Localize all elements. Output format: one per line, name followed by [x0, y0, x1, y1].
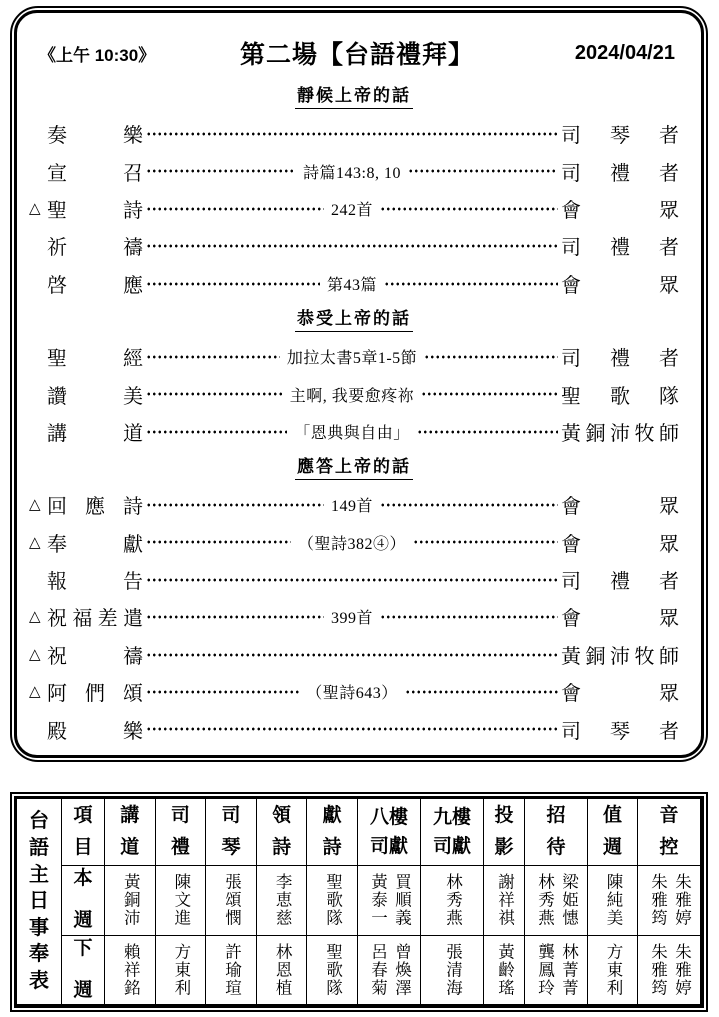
- duty-name-cell: 謝祥祺: [484, 866, 525, 936]
- duty-person-name: 陳文進: [171, 873, 190, 927]
- program-item-label: 聖經: [47, 342, 143, 371]
- duty-column-header-cell: 講道: [105, 799, 156, 866]
- program-item-label: 回應詩: [47, 490, 143, 519]
- stand-marker: △: [29, 682, 47, 701]
- program-item-label: 祈禱: [47, 231, 143, 260]
- duty-name-group: 陳文進: [171, 873, 190, 927]
- duty-name-cell: 方東利: [156, 936, 207, 1006]
- duty-person-name: 呂春菊: [368, 943, 387, 997]
- duty-column-header: 投影: [492, 800, 517, 865]
- duty-name-group: 黃銅沛: [120, 873, 139, 927]
- duty-name-cell: 張清海: [421, 936, 484, 1006]
- dotted-leader: [146, 125, 558, 143]
- duty-name-cell: 陳文進: [156, 866, 207, 936]
- program-row: 殿樂 司琴者: [29, 710, 679, 747]
- duty-name-group: 方東利: [171, 943, 190, 997]
- program-row: △ 祝禱 黃銅沛牧師: [29, 636, 679, 673]
- dotted-leader: [380, 608, 558, 626]
- duty-column-header: 八樓司獻: [364, 803, 413, 862]
- duty-name-group: 買順義黃泰一: [368, 873, 411, 927]
- dotted-leader: [421, 385, 558, 403]
- dotted-leader: [424, 348, 558, 366]
- section-heading-wrap: 應答上帝的話: [29, 452, 679, 482]
- duty-column-header: 講道: [117, 800, 142, 865]
- dotted-leader: [146, 237, 558, 255]
- duty-column-header-cell: 領詩: [257, 799, 308, 866]
- duty-name-group: 梁姫憓林秀燕: [535, 873, 578, 927]
- duty-column-header-cell: 投影: [484, 799, 525, 866]
- duty-person-name: 張頌憫: [222, 873, 241, 927]
- program-item-label: 聖詩: [47, 194, 143, 223]
- duty-person-name: 賴祥銘: [120, 943, 139, 997]
- section-heading: 應答上帝的話: [295, 452, 413, 480]
- program-item-label: 宣召: [47, 157, 143, 186]
- duty-column-header-cell: 司琴: [206, 799, 257, 866]
- duty-name-group: 李恵慈: [272, 873, 291, 927]
- duty-person-name: 黃齡瑤: [495, 943, 514, 997]
- program-item-performer: 司琴者: [561, 119, 679, 148]
- program-row: 啓應 第43篇 會眾: [29, 265, 679, 302]
- dotted-leader: [146, 683, 299, 701]
- stand-marker: △: [29, 199, 47, 218]
- dotted-leader: [405, 683, 558, 701]
- duty-name-cell: 陳純美: [588, 866, 638, 936]
- program-item-detail: 149首: [327, 493, 377, 516]
- program-row: 讚美 主啊, 我要愈疼祢 聖歌隊: [29, 375, 679, 412]
- dotted-leader: [146, 533, 291, 551]
- duty-name-group: 黃齡瑤: [495, 943, 514, 997]
- program-row: 宣召 詩篇143:8, 10 司禮者: [29, 152, 679, 189]
- program-item-label: 祝禱: [47, 640, 143, 669]
- duty-name-cell: 曾煥澤呂春菊: [358, 936, 421, 1006]
- program-item-label: 奉獻: [47, 528, 143, 557]
- duty-name-group: 林恩植: [272, 943, 291, 997]
- duty-name-group: 林菁菁龔鳳玲: [535, 943, 578, 997]
- dotted-leader: [413, 533, 558, 551]
- program-header: 《上午 10:30》 第二場【台語禮拜】 2024/04/21: [29, 29, 679, 71]
- program-item-performer: 會眾: [561, 269, 679, 298]
- duty-column-header: 獻詩: [320, 800, 345, 865]
- dotted-leader: [146, 496, 324, 514]
- program-item-performer: 司禮者: [561, 565, 679, 594]
- dotted-leader: [146, 571, 558, 589]
- program-item-performer: 司禮者: [561, 231, 679, 260]
- worship-program-box: 《上午 10:30》 第二場【台語禮拜】 2024/04/21 靜候上帝的話 奏…: [10, 6, 708, 762]
- program-row: △ 阿們頌 （聖詩643） 會眾: [29, 673, 679, 710]
- duty-name-group: 朱雅婷朱雅筠: [648, 943, 691, 997]
- duty-person-name: 黃泰一: [368, 873, 387, 927]
- dotted-leader: [384, 274, 558, 292]
- program-item-detail: （聖詩643）: [302, 680, 402, 703]
- duty-person-name: 林秀燕: [443, 873, 462, 927]
- section-heading: 恭受上帝的話: [295, 304, 413, 332]
- duty-column-header: 司琴: [219, 800, 244, 865]
- program-row: △ 回應詩 149首 會眾: [29, 486, 679, 523]
- duty-name-group: 方東利: [603, 943, 622, 997]
- program-item-performer: 會眾: [561, 528, 679, 557]
- program-item-label: 祝福差遣: [47, 602, 143, 631]
- dotted-leader: [146, 720, 558, 738]
- section-heading: 靜候上帝的話: [295, 81, 413, 109]
- section-heading-wrap: 靜候上帝的話: [29, 81, 679, 111]
- program-item-detail: 加拉太書5章1-5節: [283, 345, 421, 368]
- program-sections: 靜候上帝的話 奏樂 司琴者 宣召 詩篇143:8, 10 司禮者 △ 聖詩 24…: [29, 81, 679, 748]
- duty-name-group: 賴祥銘: [120, 943, 139, 997]
- duty-name-group: 謝祥祺: [495, 873, 514, 927]
- program-item-detail: 399首: [327, 605, 377, 628]
- duty-week-label-cell: 下週: [62, 936, 105, 1006]
- duty-name-group: 曾煥澤呂春菊: [368, 943, 411, 997]
- program-row: 祈禱 司禮者: [29, 227, 679, 264]
- duty-person-name: 陳純美: [603, 873, 622, 927]
- program-item-performer: 司琴者: [561, 715, 679, 744]
- duty-roster-inner-border: 台語主日事奉表 項目講道司禮司琴領詩獻詩八樓司獻九樓司獻投影招待值週音控本週黃銅…: [14, 796, 704, 1008]
- duty-person-name: 方東利: [171, 943, 190, 997]
- duty-person-name: 張清海: [443, 943, 462, 997]
- duty-name-group: 林秀燕: [443, 873, 462, 927]
- program-section: 靜候上帝的話 奏樂 司琴者 宣召 詩篇143:8, 10 司禮者 △ 聖詩 24…: [29, 81, 679, 302]
- program-item-performer: 會眾: [561, 194, 679, 223]
- program-item-label: 阿們頌: [47, 677, 143, 706]
- duty-person-name: 曾煥澤: [391, 943, 410, 997]
- program-section: 恭受上帝的話 聖經 加拉太書5章1-5節 司禮者 讚美 主啊, 我要愈疼祢 聖歌…: [29, 304, 679, 450]
- stand-marker: △: [29, 607, 47, 626]
- duty-roster-box: 台語主日事奉表 項目講道司禮司琴領詩獻詩八樓司獻九樓司獻投影招待值週音控本週黃銅…: [10, 792, 708, 1012]
- duty-column-header: 司禮: [168, 800, 193, 865]
- stand-marker: △: [29, 645, 47, 664]
- program-item-label: 報告: [47, 565, 143, 594]
- duty-person-name: 朱雅婷: [671, 943, 690, 997]
- duty-name-cell: 張頌憫: [206, 866, 257, 936]
- duty-person-name: 方東利: [603, 943, 622, 997]
- duty-column-header-cell: 值週: [588, 799, 638, 866]
- section-rows: 奏樂 司琴者 宣召 詩篇143:8, 10 司禮者 △ 聖詩 242首 會眾 祈…: [29, 115, 679, 302]
- dotted-leader: [146, 274, 320, 292]
- program-item-detail: 「恩典與自由」: [290, 420, 414, 443]
- duty-column-header: 音控: [657, 800, 682, 865]
- duty-column-header-cell: 項目: [62, 799, 105, 866]
- duty-person-name: 林恩植: [272, 943, 291, 997]
- duty-person-name: 李恵慈: [272, 873, 291, 927]
- dotted-leader: [417, 422, 558, 440]
- duty-name-group: 朱雅婷朱雅筠: [648, 873, 691, 927]
- program-item-performer: 黃銅沛牧師: [561, 640, 679, 669]
- duty-person-name: 朱雅筠: [648, 943, 667, 997]
- duty-column-header-cell: 招待: [525, 799, 588, 866]
- duty-table-side-label-cell: 台語主日事奉表: [17, 799, 62, 1005]
- service-time: 《上午 10:30》: [39, 41, 155, 66]
- program-row: 講道 「恩典與自由」 黃銅沛牧師: [29, 413, 679, 450]
- duty-name-group: 聖歌隊: [323, 943, 342, 997]
- program-row: △ 奉獻 （聖詩382④） 會眾: [29, 524, 679, 561]
- program-item-detail: （聖詩382④）: [294, 531, 410, 554]
- program-item-performer: 會眾: [561, 602, 679, 631]
- duty-name-group: 陳純美: [603, 873, 622, 927]
- program-item-performer: 會眾: [561, 490, 679, 519]
- duty-person-name: 朱雅筠: [648, 873, 667, 927]
- worship-program-inner-border: 《上午 10:30》 第二場【台語禮拜】 2024/04/21 靜候上帝的話 奏…: [14, 10, 704, 758]
- program-item-detail: 242首: [327, 197, 377, 220]
- duty-column-header-cell: 九樓司獻: [421, 799, 484, 866]
- duty-name-cell: 林恩植: [257, 936, 308, 1006]
- duty-name-cell: 賴祥銘: [105, 936, 156, 1006]
- duty-name-cell: 朱雅婷朱雅筠: [638, 936, 701, 1006]
- program-item-label: 殿樂: [47, 715, 143, 744]
- duty-person-name: 許瑜瑄: [222, 943, 241, 997]
- duty-person-name: 朱雅婷: [671, 873, 690, 927]
- program-item-detail: 第43篇: [323, 272, 381, 295]
- section-heading-wrap: 恭受上帝的話: [29, 304, 679, 334]
- program-item-label: 啓應: [47, 269, 143, 298]
- duty-person-name: 謝祥祺: [495, 873, 514, 927]
- duty-table-side-label: 台語主日事奉表: [26, 808, 53, 994]
- duty-name-group: 聖歌隊: [323, 873, 342, 927]
- program-row: 聖經 加拉太書5章1-5節 司禮者: [29, 338, 679, 375]
- program-row: 報告 司禮者: [29, 561, 679, 598]
- dotted-leader: [408, 162, 558, 180]
- stand-marker: △: [29, 495, 47, 514]
- program-item-performer: 司禮者: [561, 342, 679, 371]
- duty-name-cell: 黃銅沛: [105, 866, 156, 936]
- program-item-performer: 聖歌隊: [561, 380, 679, 409]
- duty-column-header: 領詩: [269, 800, 294, 865]
- duty-person-name: 黃銅沛: [120, 873, 139, 927]
- program-item-label: 讚美: [47, 380, 143, 409]
- duty-person-name: 林秀燕: [535, 873, 554, 927]
- duty-name-cell: 許瑜瑄: [206, 936, 257, 1006]
- duty-column-header-cell: 音控: [638, 799, 701, 866]
- duty-column-header-cell: 八樓司獻: [358, 799, 421, 866]
- duty-person-name: 聖歌隊: [323, 873, 342, 927]
- dotted-leader: [380, 496, 558, 514]
- duty-column-header: 值週: [600, 800, 625, 865]
- dotted-leader: [146, 422, 287, 440]
- program-item-detail: 詩篇143:8, 10: [299, 160, 405, 183]
- duty-name-cell: 林菁菁龔鳳玲: [525, 936, 588, 1006]
- section-rows: △ 回應詩 149首 會眾 △ 奉獻 （聖詩382④） 會眾 報告 司禮者 △ …: [29, 486, 679, 748]
- dotted-leader: [146, 608, 324, 626]
- program-item-performer: 司禮者: [561, 157, 679, 186]
- duty-person-name: 龔鳳玲: [535, 943, 554, 997]
- dotted-leader: [146, 348, 280, 366]
- duty-column-header: 九樓司獻: [427, 803, 476, 862]
- duty-name-cell: 朱雅婷朱雅筠: [638, 866, 701, 936]
- program-item-detail: 主啊, 我要愈疼祢: [286, 383, 419, 406]
- page-title: 第二場【台語禮拜】: [240, 35, 474, 71]
- program-row: △ 祝福差遣 399首 會眾: [29, 598, 679, 635]
- duty-name-group: 張清海: [443, 943, 462, 997]
- duty-column-header-cell: 司禮: [156, 799, 207, 866]
- duty-week-label-cell: 本週: [62, 866, 105, 936]
- dotted-leader: [146, 645, 558, 663]
- dotted-leader: [146, 162, 296, 180]
- program-item-performer: 會眾: [561, 677, 679, 706]
- dotted-leader: [146, 385, 283, 403]
- section-rows: 聖經 加拉太書5章1-5節 司禮者 讚美 主啊, 我要愈疼祢 聖歌隊 講道 「恩…: [29, 338, 679, 450]
- stand-marker: △: [29, 533, 47, 552]
- duty-column-header: 項目: [71, 800, 96, 865]
- duty-week-label: 本週: [71, 866, 96, 936]
- duty-name-cell: 林秀燕: [421, 866, 484, 936]
- duty-person-name: 林菁菁: [558, 943, 577, 997]
- duty-name-cell: 方東利: [588, 936, 638, 1006]
- duty-name-cell: 聖歌隊: [307, 936, 358, 1006]
- duty-person-name: 買順義: [391, 873, 410, 927]
- duty-week-label: 下週: [71, 936, 96, 1006]
- dotted-leader: [146, 199, 324, 217]
- duty-column-header-cell: 獻詩: [307, 799, 358, 866]
- program-row: △ 聖詩 242首 會眾: [29, 190, 679, 227]
- program-item-performer: 黃銅沛牧師: [561, 417, 679, 446]
- service-date: 2024/04/21: [575, 42, 675, 65]
- duty-person-name: 聖歌隊: [323, 943, 342, 997]
- duty-table-grid: 台語主日事奉表 項目講道司禮司琴領詩獻詩八樓司獻九樓司獻投影招待值週音控本週黃銅…: [17, 799, 701, 1005]
- dotted-leader: [380, 199, 558, 217]
- duty-name-group: 許瑜瑄: [222, 943, 241, 997]
- duty-column-header: 招待: [544, 800, 569, 865]
- duty-name-cell: 梁姫憓林秀燕: [525, 866, 588, 936]
- program-row: 奏樂 司琴者: [29, 115, 679, 152]
- duty-name-cell: 買順義黃泰一: [358, 866, 421, 936]
- program-item-label: 奏樂: [47, 119, 143, 148]
- program-section: 應答上帝的話 △ 回應詩 149首 會眾 △ 奉獻 （聖詩382④） 會眾 報告…: [29, 452, 679, 748]
- duty-person-name: 梁姫憓: [558, 873, 577, 927]
- duty-name-group: 張頌憫: [222, 873, 241, 927]
- duty-name-cell: 黃齡瑤: [484, 936, 525, 1006]
- duty-name-cell: 李恵慈: [257, 866, 308, 936]
- program-item-label: 講道: [47, 417, 143, 446]
- duty-name-cell: 聖歌隊: [307, 866, 358, 936]
